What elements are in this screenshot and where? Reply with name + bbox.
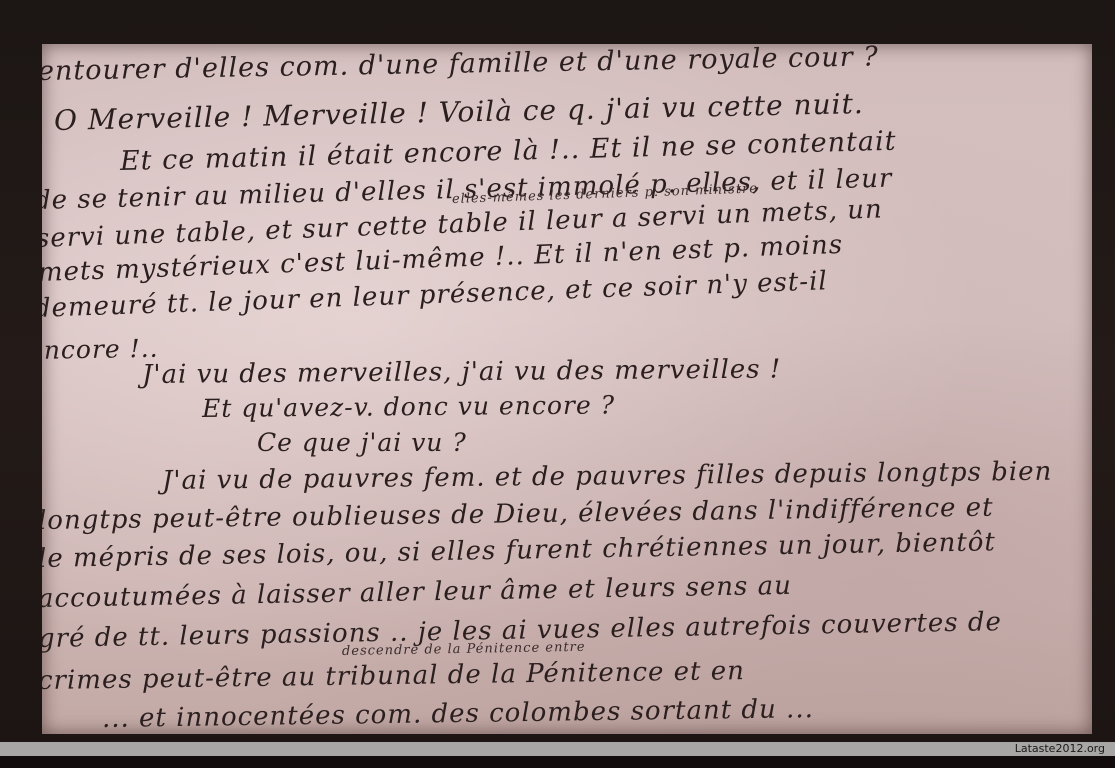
manuscript-line: Ce que j'ai vu ? [257,428,467,457]
manuscript-line: J'ai vu de pauvres fem. et de pauvres fi… [162,457,1053,496]
watermark-text: Lataste2012.org [1015,742,1105,756]
manuscript-line: accoutumées à laisser aller leur âme et … [42,571,792,614]
watermark-bar: Lataste2012.org [0,742,1115,756]
manuscript-line: ... et innocentées com. des colombes sor… [102,694,814,734]
manuscript-line: Et qu'avez-v. donc vu encore ? [202,390,615,423]
manuscript-line: J'ai vu des merveilles, j'ai vu des merv… [142,354,782,390]
manuscript-line: le mépris de ses lois, ou, si elles fure… [42,527,996,574]
interlinear-note: descendre de la Pénitence entre [342,640,586,659]
photo-frame: entourer d'elles com. d'une famille et d… [0,0,1115,742]
manuscript-line: entourer d'elles com. d'une famille et d… [42,44,879,87]
manuscript-line: crimes peut-être au tribunal de la Pénit… [42,656,745,696]
bottom-border [0,756,1115,768]
manuscript-page: entourer d'elles com. d'une famille et d… [42,44,1092,734]
